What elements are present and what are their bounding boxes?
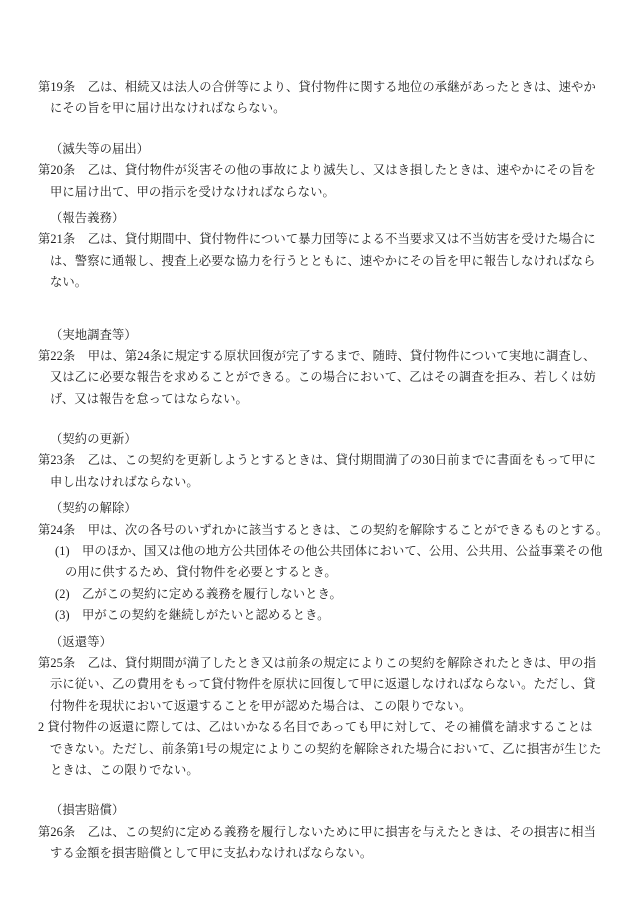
contract-section: （滅失等の届出）第20条 乙は、貸付物件が災害その他の事故により滅失し、又はき損… [38,139,592,203]
section-heading: （報告義務） [50,208,592,229]
clause-paragraph: 2 貸付物件の返還に際しては、乙はいかなる名目であっても甲に対して、その補償を請… [38,717,592,781]
text-line: (2) 乙がこの契約に定める義務を履行しないとき。 [55,584,592,605]
text-line: 第26条 乙は、この契約に定める義務を履行しないために甲に損害を与えたときは、そ… [38,822,592,843]
item-paragraph: (3) 甲がこの契約を継続しがたいと認めるとき。 [38,605,592,626]
contract-section: （報告義務）第21条 乙は、貸付期間中、貸付物件について暴力団等による不当要求又… [38,208,592,294]
article-paragraph: 第24条 甲は、次の各号のいずれかに該当するときは、この契約を解除することができ… [38,520,592,541]
text-line: 第19条 乙は、相続又は法人の合併等により、貸付物件に関する地位の承継があったと… [38,77,592,98]
contract-section: （返還等）第25条 乙は、貸付期間が満了したとき又は前条の規定によりこの契約を解… [38,632,592,782]
text-line: げ、又は報告を怠ってはならない。 [50,389,592,410]
text-line: 付物件を現状において返還することを甲が認めた場合は、この限りでない。 [50,696,592,717]
article-paragraph: 第22条 甲は、第24条に規定する原状回復が完了するまで、随時、貸付物件について… [38,346,592,410]
section-heading: （契約の更新） [50,429,592,450]
text-line: (1) 甲のほか、国又は他の地方公共団体その他公共団体において、公用、公共用、公… [55,541,592,562]
text-line: は、警察に通報し、捜査上必要な協力を行うとともに、速やかにその旨を甲に報告しなけ… [50,251,592,272]
contract-section: 第19条 乙は、相続又は法人の合併等により、貸付物件に関する地位の承継があったと… [38,77,592,120]
text-line: する金額を損害賠償として甲に支払わなければならない。 [50,843,592,864]
section-heading: （実地調査等） [50,325,592,346]
text-line: 2 貸付物件の返還に際しては、乙はいかなる名目であっても甲に対して、その補償を請… [38,717,592,738]
text-line: 第21条 乙は、貸付期間中、貸付物件について暴力団等による不当要求又は不当妨害を… [38,229,592,250]
text-line: ときは、この限りでない。 [50,760,592,781]
text-line: 第20条 乙は、貸付物件が災害その他の事故により滅失し、又はき損したときは、速や… [38,160,592,181]
contract-section: （実地調査等）第22条 甲は、第24条に規定する原状回復が完了するまで、随時、貸… [38,325,592,411]
article-paragraph: 第21条 乙は、貸付期間中、貸付物件について暴力団等による不当要求又は不当妨害を… [38,229,592,293]
section-heading: （滅失等の届出） [50,139,592,160]
text-line: の用に供するため、貸付物件を必要とするとき。 [65,562,592,583]
section-heading: （契約の解除） [50,498,592,519]
text-line: 第22条 甲は、第24条に規定する原状回復が完了するまで、随時、貸付物件について… [38,346,592,367]
article-paragraph: 第23条 乙は、この契約を更新しようとするときは、貸付期間満了の30日前までに書… [38,450,592,493]
text-line: ない。 [50,272,592,293]
text-line: 第23条 乙は、この契約を更新しようとするときは、貸付期間満了の30日前までに書… [38,450,592,471]
contract-section: （契約の解除）第24条 甲は、次の各号のいずれかに該当するときは、この契約を解除… [38,498,592,626]
text-line: 申し出なければならない。 [50,472,592,493]
article-paragraph: 第19条 乙は、相続又は法人の合併等により、貸付物件に関する地位の承継があったと… [38,77,592,120]
section-heading: （返還等） [50,632,592,653]
item-paragraph: (2) 乙がこの契約に定める義務を履行しないとき。 [38,584,592,605]
text-line: 第24条 甲は、次の各号のいずれかに該当するときは、この契約を解除することができ… [38,520,592,541]
text-line: にその旨を甲に届け出なければならない。 [50,98,592,119]
text-line: 甲に届け出て、甲の指示を受けなければならない。 [50,182,592,203]
text-line: できない。ただし、前条第1号の規定によりこの契約を解除された場合において、乙に損… [50,739,592,760]
item-paragraph: (1) 甲のほか、国又は他の地方公共団体その他公共団体において、公用、公共用、公… [38,541,592,584]
document-page: 第19条 乙は、相続又は法人の合併等により、貸付物件に関する地位の承継があったと… [0,0,630,915]
text-line: (3) 甲がこの契約を継続しがたいと認めるとき。 [55,605,592,626]
section-heading: （損害賠償） [50,800,592,821]
contract-section: （契約の更新）第23条 乙は、この契約を更新しようとするときは、貸付期間満了の3… [38,429,592,493]
article-paragraph: 第25条 乙は、貸付期間が満了したとき又は前条の規定によりこの契約を解除されたと… [38,653,592,717]
contract-document: 第19条 乙は、相続又は法人の合併等により、貸付物件に関する地位の承継があったと… [0,0,630,865]
text-line: 第25条 乙は、貸付期間が満了したとき又は前条の規定によりこの契約を解除されたと… [38,653,592,674]
text-line: 示に従い、乙の費用をもって貸付物件を原状に回復して甲に返還しなければならない。た… [50,674,592,695]
article-paragraph: 第26条 乙は、この契約に定める義務を履行しないために甲に損害を与えたときは、そ… [38,822,592,865]
article-paragraph: 第20条 乙は、貸付物件が災害その他の事故により滅失し、又はき損したときは、速や… [38,160,592,203]
contract-section: （損害賠償）第26条 乙は、この契約に定める義務を履行しないために甲に損害を与え… [38,800,592,864]
text-line: 又は乙に必要な報告を求めることができる。この場合において、乙はその調査を拒み、若… [50,367,592,388]
